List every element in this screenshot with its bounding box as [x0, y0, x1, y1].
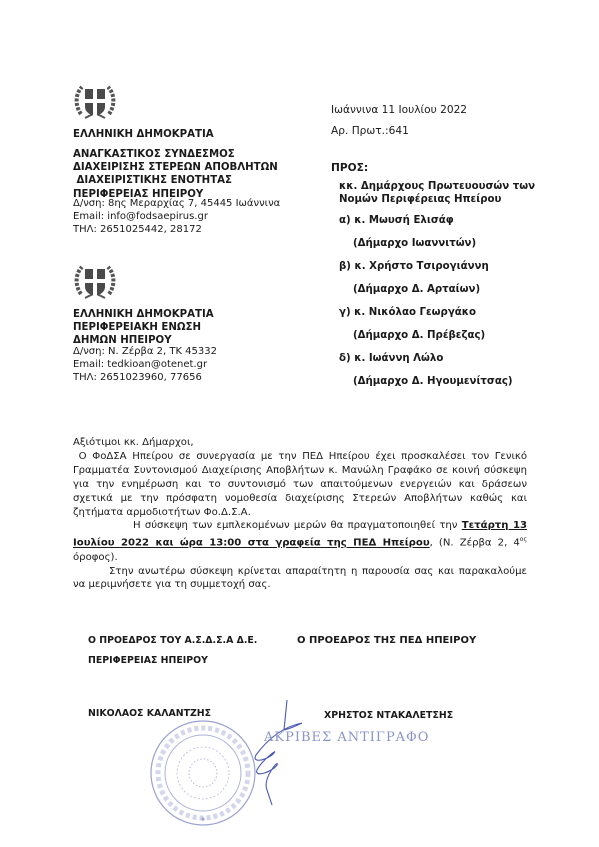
ordinal-suffix: ος: [520, 536, 527, 543]
phone: ΤΗΛ: 2651023960, 77656: [73, 372, 217, 385]
address: Δ/νση: 8ης Μεραρχίας 7, 45445 Ιωάννινα: [73, 198, 280, 211]
right-signatory-name: ΧΡΗΣΤΟΣ ΝΤΑΚΑΛΕΤΣΗΣ: [324, 710, 453, 721]
document-date: Ιωάννινα 11 Ιουλίου 2022: [331, 104, 467, 116]
greek-coat-of-arms-icon: [73, 80, 117, 124]
paragraph-1: Ο ΦοΔΣΑ Ηπείρου σε συνεργασία με την ΠΕΔ…: [73, 450, 527, 520]
left-signatory-title: Ο ΠΡΟΕΔΡΟΣ ΤΟΥ Α.Σ.Δ.Σ.Α Δ.Ε.: [88, 635, 257, 646]
recipient-name: γ) κ. Νικόλαο Γεωργάκο: [339, 301, 513, 324]
email: Email: info@fodsaepirus.gr: [73, 211, 280, 224]
phone: ΤΗΛ: 2651025442, 28172: [73, 224, 280, 237]
letter-body: Αξιότιμοι κκ. Δήμαρχοι, Ο ΦοΔΣΑ Ηπείρου …: [73, 436, 527, 592]
issuer-1-country: ΕΛΛΗΝΙΚΗ ΔΗΜΟΚΡΑΤΙΑ: [73, 128, 214, 141]
recipient-title: (Δήμαρχο Δ. Πρέβεζας): [339, 324, 513, 347]
para2-text: , (Ν. Ζέρβα 2, 4: [430, 538, 520, 549]
recipient-name: α) κ. Μωυσή Ελισάφ: [339, 209, 513, 232]
recipient-title: (Δήμαρχο Ιωαννιτών): [339, 232, 513, 255]
recipient-name: δ) κ. Ιωάννη Λώλο: [339, 347, 513, 370]
para2-text: Η σύσκεψη των εμπλεκομένων μερών θα πραγ…: [133, 520, 462, 531]
recipient-title: (Δήμαρχο Δ. Ηγουμενίτσας): [339, 370, 513, 393]
salutation: Αξιότιμοι κκ. Δήμαρχοι,: [73, 436, 527, 450]
org-line: ΠΕΡΙΦΕΡΕΙΑΚΗ ΕΝΩΣΗ: [73, 321, 214, 334]
issuer-1-contact: Δ/νση: 8ης Μεραρχίας 7, 45445 Ιωάννινα E…: [73, 198, 280, 236]
left-signatory-region: ΠΕΡΙΦΕΡΕΙΑΣ ΗΠΕΙΡΟΥ: [88, 655, 208, 666]
right-signatory-title: Ο ΠΡΟΕΔΡΟΣ ΤΗΣ ΠΕΔ ΗΠΕΙΡΟΥ: [297, 635, 476, 646]
to-label: ΠΡΟΣ:: [331, 162, 368, 174]
issuer-2-contact: Δ/νση: Ν. Ζέρβα 2, ΤΚ 45332 Email: tedki…: [73, 346, 217, 384]
issuer-2-org: ΕΛΛΗΝΙΚΗ ΔΗΜΟΚΡΑΤΙΑ ΠΕΡΙΦΕΡΕΙΑΚΗ ΕΝΩΣΗ Δ…: [73, 308, 214, 348]
address: Δ/νση: Ν. Ζέρβα 2, ΤΚ 45332: [73, 346, 217, 359]
para2-text: όροφος).: [73, 552, 118, 563]
email: Email: tedkioan@otenet.gr: [73, 359, 217, 372]
recipient-name: β) κ. Χρήστο Τσιρογιάννη: [339, 255, 513, 278]
to-line: κκ. Δημάρχους Πρωτευουσών των: [339, 180, 535, 193]
paragraph-2: Η σύσκεψη των εμπλεκομένων μερών θα πραγ…: [73, 519, 527, 564]
greek-coat-of-arms-icon: [73, 260, 117, 304]
paragraph-3: Στην ανωτέρω σύσκεψη κρίνεται απαραίτητη…: [73, 565, 527, 593]
org-line: ΔΙΑΧΕΙΡΙΣΤΙΚΗΣ ΕΝΟΤΗΤΑΣ: [73, 174, 278, 187]
protocol-number: Αρ. Πρωτ.:641: [331, 125, 409, 137]
to-line: Νομών Περιφέρειας Ηπείρου: [339, 193, 535, 206]
recipient-list: α) κ. Μωυσή Ελισάφ (Δήμαρχο Ιωαννιτών) β…: [339, 209, 513, 393]
certified-copy-stamp: ΑΚΡΙΒΕΣ ΑΝΤΙΓΡΑΦΟ: [264, 730, 429, 745]
svg-text:✦: ✦: [200, 815, 207, 824]
signature-scribble-icon: [232, 700, 302, 810]
org-line: ΑΝΑΓΚΑΣΤΙΚΟΣ ΣΥΝΔΕΣΜΟΣ: [73, 148, 278, 161]
recipient-title: (Δήμαρχο Δ. Αρταίων): [339, 278, 513, 301]
org-line: ΕΛΛΗΝΙΚΗ ΔΗΜΟΚΡΑΤΙΑ: [73, 308, 214, 321]
issuer-1-org: ΑΝΑΓΚΑΣΤΙΚΟΣ ΣΥΝΔΕΣΜΟΣ ΔΙΑΧΕΙΡΙΣΗΣ ΣΤΕΡΕ…: [73, 148, 278, 201]
to-addressees: κκ. Δημάρχους Πρωτευουσών των Νομών Περι…: [339, 180, 535, 206]
org-line: ΔΙΑΧΕΙΡΙΣΗΣ ΣΤΕΡΕΩΝ ΑΠΟΒΛΗΤΩΝ: [73, 161, 278, 174]
